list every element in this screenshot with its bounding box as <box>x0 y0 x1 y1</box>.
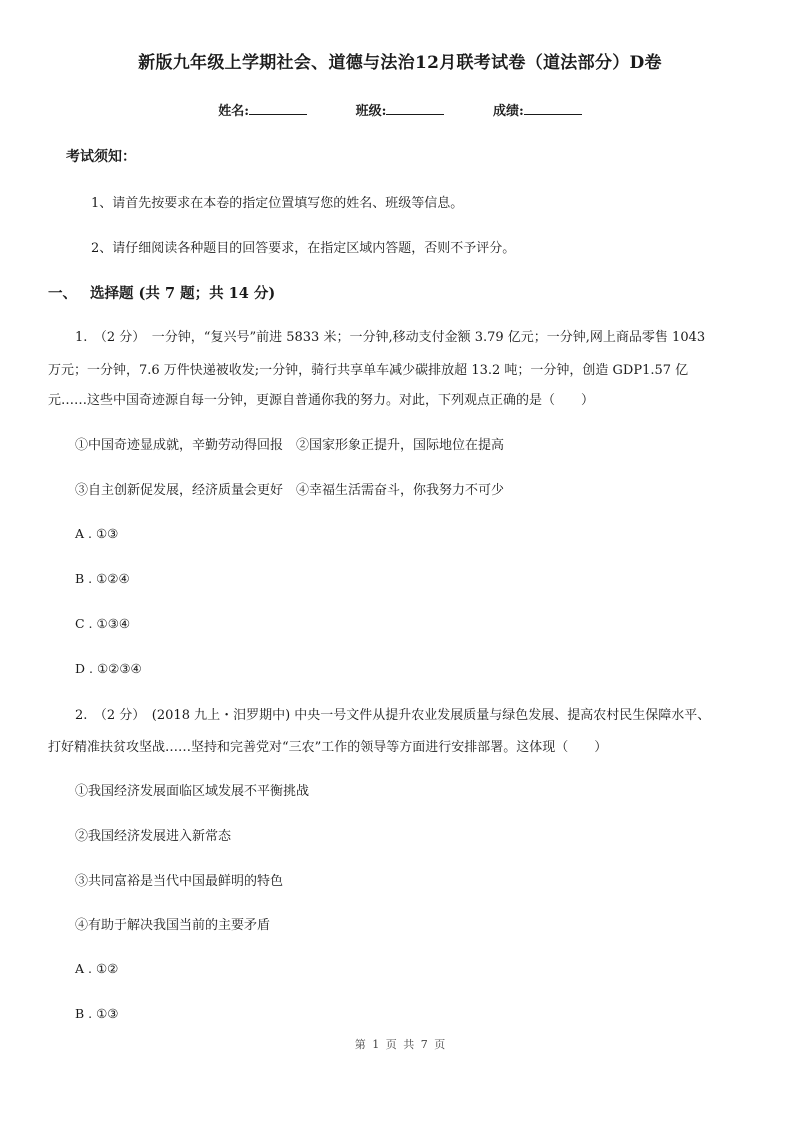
page-footer: 第 1 页 共 7 页 <box>0 1036 800 1052</box>
question-1-line: 元……这些中国奇迹源自每一分钟，更源自普通你我的努力。对此，下列观点正确的是（ … <box>48 389 594 408</box>
section-title: 选择题 (共 7 题；共 14 分) <box>90 285 275 302</box>
question-2-statement: ①我国经济发展面临区域发展不平衡挑战 <box>75 780 309 799</box>
notice-item: 2、请仔细阅读各种题目的回答要求，在指定区域内答题，否则不予评分。 <box>91 237 515 256</box>
question-1-option-a[interactable]: A . ①③ <box>75 526 118 541</box>
question-1-line: 万元；一分钟，7.6 万件快递被收发;一分钟，骑行共享单车减少碳排放超 13.2… <box>48 359 688 378</box>
score-blank[interactable] <box>524 102 582 115</box>
name-blank[interactable] <box>249 102 307 115</box>
score-label: 成绩: <box>493 104 524 119</box>
question-2-statement: ④有助于解决我国当前的主要矛盾 <box>75 914 270 933</box>
question-1-option-c[interactable]: C . ①③④ <box>75 616 130 631</box>
student-info-row: 姓名: 班级: 成绩: <box>0 100 800 119</box>
class-label: 班级: <box>356 104 387 119</box>
notice-item: 1、请首先按要求在本卷的指定位置填写您的姓名、班级等信息。 <box>91 192 463 211</box>
question-2-statement: ②我国经济发展进入新常态 <box>75 825 231 844</box>
question-1-option-b[interactable]: B . ①②④ <box>75 571 130 586</box>
section-heading: 一、选择题 (共 7 题；共 14 分) <box>48 282 275 303</box>
question-1-option-d[interactable]: D . ①②③④ <box>75 661 142 676</box>
section-number: 一、 <box>48 282 90 303</box>
exam-page: 新版九年级上学期社会、道德与法治12月联考试卷（道法部分）D卷 姓名: 班级: … <box>0 0 800 1132</box>
notice-title: 考试须知： <box>66 146 136 166</box>
class-blank[interactable] <box>386 102 444 115</box>
question-2-statement: ③共同富裕是当代中国最鲜明的特色 <box>75 870 283 889</box>
name-field[interactable]: 姓名: <box>218 100 307 119</box>
name-label: 姓名: <box>218 104 249 119</box>
question-2-line: 2. （2 分） (2018 九上・汨罗期中) 中央一号文件从提升农业发展质量与… <box>75 704 710 723</box>
question-2-line: 打好精准扶贫攻坚战……坚持和完善党对“三农”工作的领导等方面进行安排部署。这体现… <box>48 736 607 755</box>
question-2-option-a[interactable]: A . ①② <box>75 961 118 976</box>
question-2-option-b[interactable]: B . ①③ <box>75 1006 119 1021</box>
question-1-line: 1. （2 分） 一分钟，“复兴号”前进 5833 米；一分钟,移动支付金额 3… <box>75 326 705 345</box>
class-field[interactable]: 班级: <box>356 100 445 119</box>
score-field[interactable]: 成绩: <box>493 100 582 119</box>
question-1-statement: ③自主创新促发展，经济质量会更好 ④幸福生活需奋斗，你我努力不可少 <box>75 479 504 498</box>
question-1-statement: ①中国奇迹显成就，辛勤劳动得回报 ②国家形象正提升，国际地位在提高 <box>75 434 504 453</box>
document-title: 新版九年级上学期社会、道德与法治12月联考试卷（道法部分）D卷 <box>0 48 800 73</box>
